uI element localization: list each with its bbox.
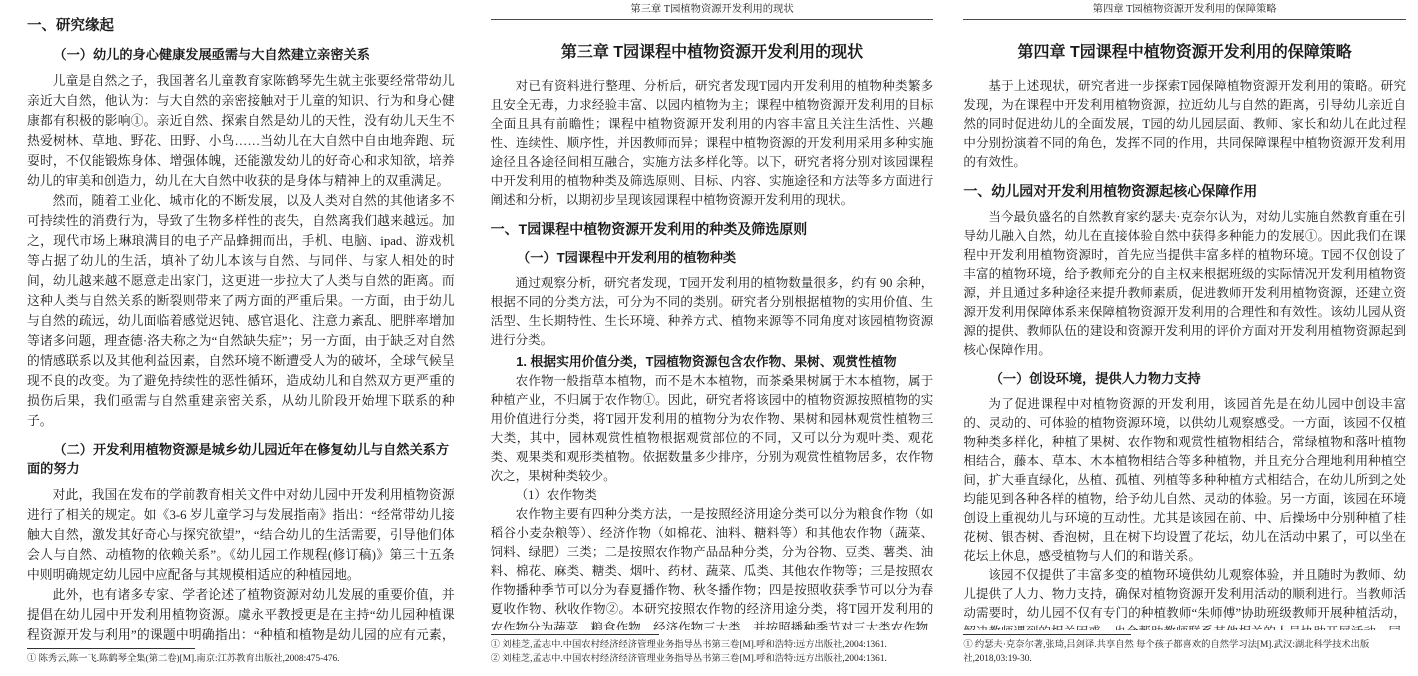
paragraph: 农作物主要有四种分类方法，一是按照经济用途分类可以分为粮食作物（如稻谷小麦杂粮等… (491, 505, 934, 630)
section-heading: 一、研究缘起 (27, 16, 455, 36)
subsection-heading: （一）创设环境，提供人力物力支持 (963, 369, 1406, 388)
page-chapter-4: 第四章 T园植物资源开发利用的保障策略 第四章 T园课程中植物资源开发利用的保障… (945, 0, 1418, 676)
section-heading: 一、T园课程中植物资源开发利用的种类及筛选原则 (491, 219, 934, 239)
footnote: ② 刘桂芝,孟志中.中国农村经济经济管理业务指导丛书第三卷[M].呼和浩特:远方… (491, 653, 934, 667)
chapter-title: 第三章 T园课程中植物资源开发利用的现状 (491, 42, 934, 64)
list-heading: （1）农作物类 (491, 486, 934, 505)
paragraph: 对此，我国在发布的学前教育相关文件中对幼儿园中开发利用植物资源进行了相关的规定。… (27, 485, 455, 585)
footnotes: ① 陈秀云,陈一飞.陈鹤琴全集(第二卷)[M].南京:江苏教育出版社,2008:… (27, 644, 455, 676)
page-research-origin: 一、研究缘起 （一）幼儿的身心健康发展亟需与大自然建立亲密关系 儿童是自然之子，… (0, 0, 473, 676)
subsection-heading: （二）开发利用植物资源是城乡幼儿园近年在修复幼儿与自然关系方面的努力 (27, 440, 455, 478)
page-chapter-3: 第三章 T园植物资源开发利用的现状 第三章 T园课程中植物资源开发利用的现状 对… (473, 0, 946, 676)
footnotes: ① 约瑟夫·克奈尔著,张琦,吕剑译.共享自然 每个孩子都喜欢的自然学习法[M].… (963, 630, 1406, 676)
running-header: 第四章 T园植物资源开发利用的保障策略 (963, 0, 1406, 20)
footnote-divider (491, 634, 659, 635)
paragraph: 为了促进课程中对植物资源的开发利用，该园首先是在幼儿园中创设丰富的、灵动的、可体… (963, 395, 1406, 566)
subsection-heading: （一）T园课程中开发利用的植物种类 (491, 248, 934, 267)
footnote-divider (963, 634, 1131, 635)
page-content: 一、研究缘起 （一）幼儿的身心健康发展亟需与大自然建立亲密关系 儿童是自然之子，… (27, 8, 455, 644)
page-content: 第四章 T园植物资源开发利用的保障策略 第四章 T园课程中植物资源开发利用的保障… (963, 0, 1406, 630)
paragraph: 当今最负盛名的自然教育家约瑟夫·克奈尔认为，对幼儿实施自然教育重在引导幼儿融入自… (963, 208, 1406, 360)
running-header: 第三章 T园植物资源开发利用的现状 (491, 0, 934, 20)
paragraph: 该园不仅提供了丰富多变的植物环境供幼儿观察体验，并且随时为教师、幼儿提供了人力、… (963, 566, 1406, 630)
chapter-title: 第四章 T园课程中植物资源开发利用的保障策略 (963, 42, 1406, 64)
paragraph: 通过观察分析，研究者发现，T园开发利用的植物数量很多，约有 90 余种，根据不同… (491, 274, 934, 350)
paragraph: 对已有资料进行整理、分析后，研究者发现T园内开发利用的植物种类繁多且安全无毒，力… (491, 77, 934, 210)
footnote-divider (27, 648, 195, 649)
footnote: ① 刘桂芝,孟志中.中国农村经济经济管理业务指导丛书第三卷[M].呼和浩特:远方… (491, 639, 934, 653)
paragraph: 儿童是自然之子，我国著名儿童教育家陈鹤琴先生就主张要经常带幼儿亲近大自然，他认为… (27, 71, 455, 191)
paragraph: 农作物一般指草本植物，而不是木本植物，而茶桑果树属于木本植物，属于种植产业，不归… (491, 372, 934, 486)
subsection-heading: （一）幼儿的身心健康发展亟需与大自然建立亲密关系 (27, 45, 455, 64)
footnote: ① 约瑟夫·克奈尔著,张琦,吕剑译.共享自然 每个孩子都喜欢的自然学习法[M].… (963, 639, 1406, 666)
paragraph: 然而，随着工业化、城市化的不断发展，以及人类对自然的其他诸多不可持续性的消费行为… (27, 191, 455, 431)
footnote: ① 陈秀云,陈一飞.陈鹤琴全集(第二卷)[M].南京:江苏教育出版社,2008:… (27, 653, 455, 667)
page-content: 第三章 T园植物资源开发利用的现状 第三章 T园课程中植物资源开发利用的现状 对… (491, 0, 934, 630)
document-pages: 一、研究缘起 （一）幼儿的身心健康发展亟需与大自然建立亲密关系 儿童是自然之子，… (0, 0, 1418, 676)
footnotes: ① 刘桂芝,孟志中.中国农村经济经济管理业务指导丛书第三卷[M].呼和浩特:远方… (491, 630, 934, 676)
section-heading: 一、幼儿园对开发利用植物资源起核心保障作用 (963, 181, 1406, 201)
paragraph: 此外，也有诸多专家、学者论述了植物资源对幼儿发展的重要价值，并提倡在幼儿园中开发… (27, 585, 455, 644)
numbered-heading: 1. 根据实用价值分类，T园植物资源包含农作物、果树、观赏性植物 (491, 352, 934, 371)
paragraph: 基于上述现状，研究者进一步探索T园保障植物资源开发利用的策略。研究发现，为在课程… (963, 77, 1406, 172)
